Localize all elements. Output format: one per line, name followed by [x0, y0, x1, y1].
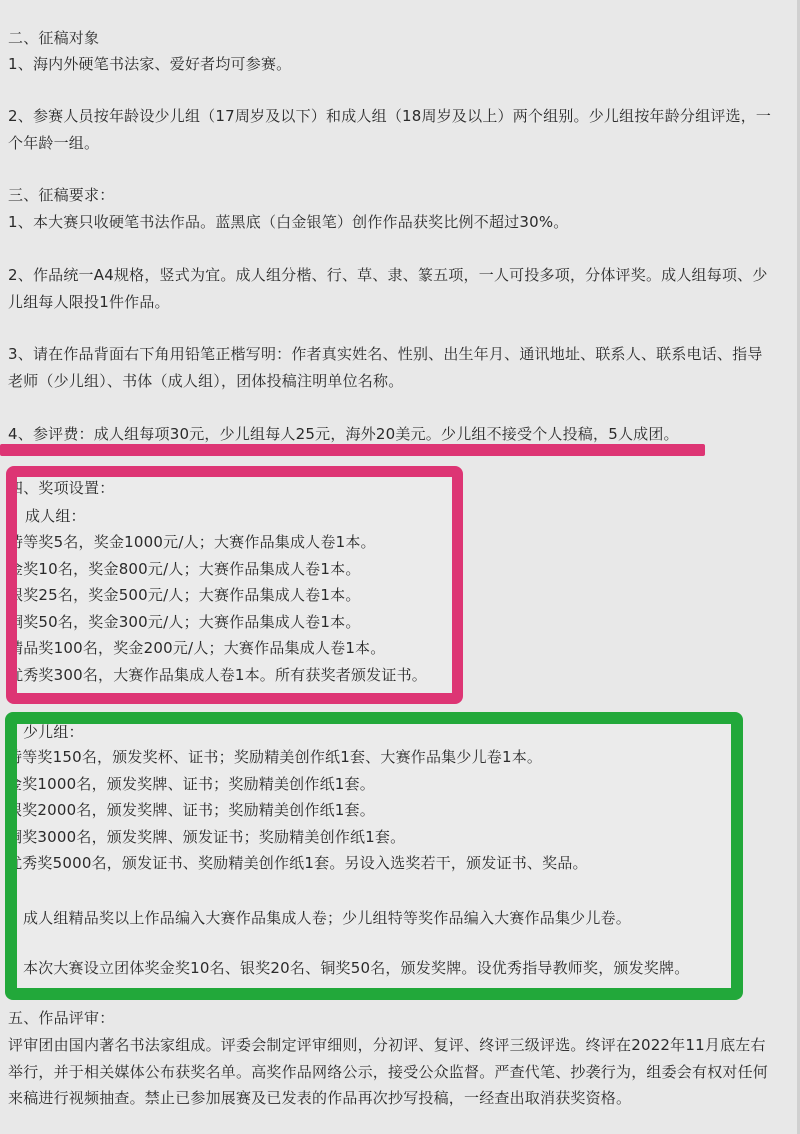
section-4-heading: 四、奖项设置： [8, 478, 114, 498]
adult-award-item: 银奖25名，奖金500元/人；大赛作品集成人卷1本。 [8, 585, 361, 605]
section-3-item-2-line-1: 2、作品统一A4规格，竖式为宜。成人组分楷、行、草、隶、篆五项，一人可投多项，分… [8, 265, 768, 285]
section-5-line-1: 评审团由国内著名书法家组成。评委会制定评审细则，分初评、复评、终评三级评选。终评… [8, 1035, 766, 1055]
section-3-heading: 三、征稿要求： [8, 185, 114, 205]
youth-award-item: 银奖2000名，颁发奖牌、证书；奖励精美创作纸1套。 [7, 800, 375, 820]
section-2-item-2-line-1: 2、参赛人员按年龄设少儿组（17周岁及以下）和成人组（18周岁及以上）两个组别。… [8, 106, 771, 126]
section-3-item-2-line-2: 儿组每人限投1件作品。 [8, 292, 170, 312]
youth-award-item: 优秀奖5000名，颁发证书、奖励精美创作纸1套。另设入选奖若干，颁发证书、奖品。 [7, 853, 588, 873]
adult-group-heading: 1、成人组： [6, 506, 86, 526]
section-4-note-3: 3、成人组精品奖以上作品编入大赛作品集成人卷；少儿组特等奖作品编入大赛作品集少儿… [5, 908, 631, 928]
document-page: 二、征稿对象 1、海内外硬笔书法家、爱好者均可参赛。 2、参赛人员按年龄设少儿组… [0, 0, 800, 1134]
section-2-heading: 二、征稿对象 [8, 28, 99, 48]
section-3-item-1: 1、本大赛只收硬笔书法作品。蓝黑底（白金银笔）创作作品获奖比例不超过30%。 [8, 212, 569, 232]
section-5-heading: 五、作品评审： [8, 1008, 114, 1028]
section-5-line-2: 举行，并于相关媒体公布获奖名单。高奖作品网络公示，接受公众监督。严查代笔、抄袭行… [8, 1062, 768, 1082]
adult-award-item: 精品奖100名，奖金200元/人；大赛作品集成人卷1本。 [8, 638, 385, 658]
adult-award-item: 铜奖50名，奖金300元/人；大赛作品集成人卷1本。 [8, 612, 361, 632]
adult-award-item: 优秀奖300名，大赛作品集成人卷1本。所有获奖者颁发证书。 [8, 665, 427, 685]
youth-award-item: 特等奖150名，颁发奖杯、证书；奖励精美创作纸1套、大赛作品集少儿卷1本。 [7, 747, 542, 767]
youth-award-item: 金奖1000名，颁发奖牌、证书；奖励精美创作纸1套。 [7, 774, 375, 794]
section-2-item-1: 1、海内外硬笔书法家、爱好者均可参赛。 [8, 54, 291, 74]
adult-award-item: 金奖10名，奖金800元/人；大赛作品集成人卷1本。 [8, 559, 361, 579]
section-4-note-4: 4、本次大赛设立团体奖金奖10名、银奖20名、铜奖50名，颁发奖牌。设优秀指导教… [5, 958, 689, 978]
section-3-item-4-fee: 4、参评费：成人组每项30元，少儿组每人25元，海外20美元。少儿组不接受个人投… [8, 424, 679, 444]
pink-highlight-underline [0, 444, 705, 456]
section-5-line-3: 来稿进行视频抽查。禁止已参加展赛及已发表的作品再次抄写投稿，一经查出取消获奖资格… [8, 1088, 631, 1108]
youth-group-heading: 2、少儿组： [5, 722, 84, 742]
youth-award-item: 铜奖3000名，颁发奖牌、颁发证书；奖励精美创作纸1套。 [7, 827, 405, 847]
adult-award-item: 特等奖5名，奖金1000元/人；大赛作品集成人卷1本。 [8, 532, 376, 552]
section-3-item-3-line-1: 3、请在作品背面右下角用铅笔正楷写明：作者真实姓名、性别、出生年月、通讯地址、联… [8, 344, 763, 364]
adult-awards-highlight-box: 四、奖项设置： 1、成人组： 特等奖5名，奖金1000元/人；大赛作品集成人卷1… [6, 466, 463, 704]
section-3-item-3-line-2: 老师（少儿组）、书体（成人组），团体投稿注明单位名称。 [8, 371, 403, 391]
youth-awards-highlight-box: 2、少儿组： 特等奖150名，颁发奖杯、证书；奖励精美创作纸1套、大赛作品集少儿… [5, 712, 743, 1000]
section-2-item-2-line-2: 个年龄一组。 [8, 133, 99, 153]
